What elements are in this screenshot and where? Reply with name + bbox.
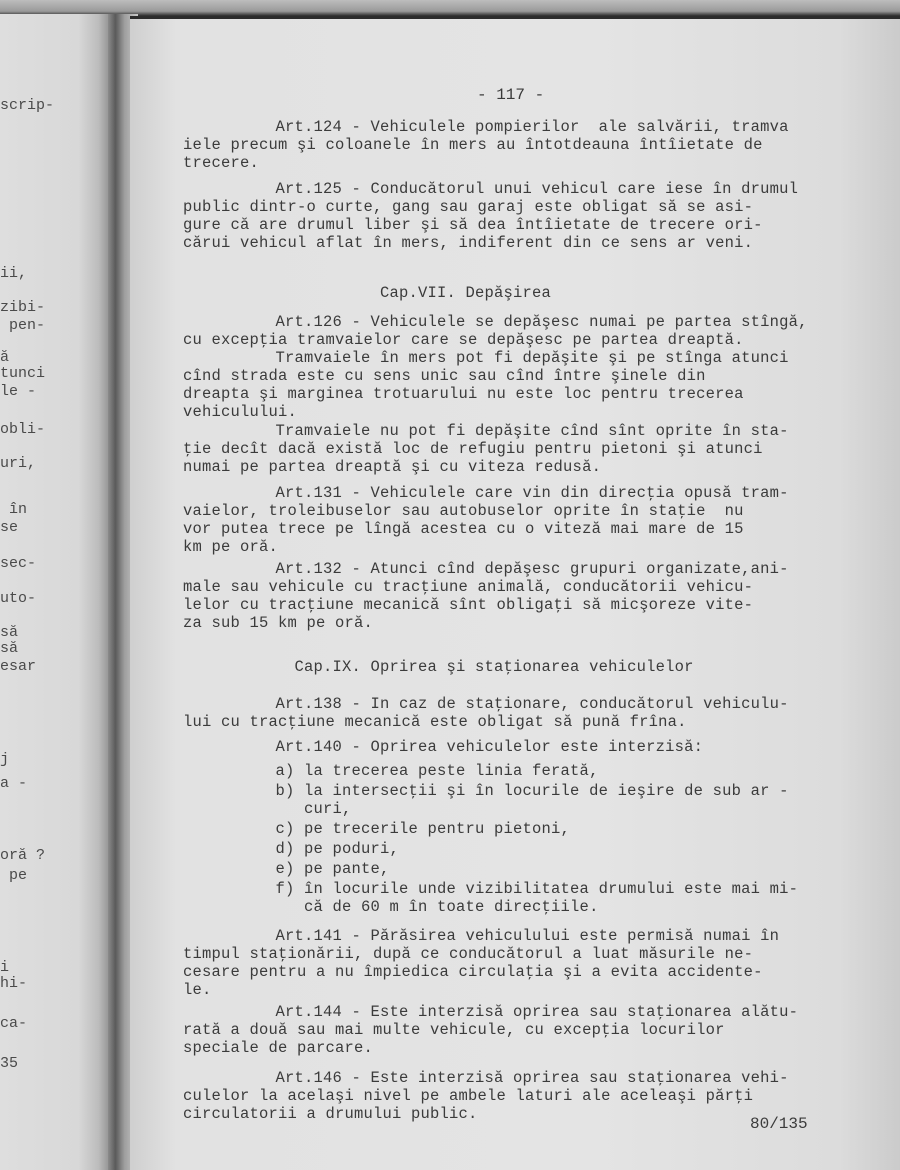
text-line: Art.132 - Atunci cînd depăşesc grupuri o… <box>190 560 789 578</box>
footer-page-counter: 80/135 <box>750 1115 808 1133</box>
text-line: a) la trecerea peste linia ferată, <box>190 762 599 780</box>
text-line: public dintr-o curte, gang sau garaj est… <box>183 198 753 216</box>
text-line: cărui vehicul aflat în mers, indiferent … <box>183 234 753 252</box>
text-line: Tramvaiele în mers pot fi depăşite şi pe… <box>190 349 789 367</box>
left-page-fragment: oră ? <box>0 848 45 864</box>
text-line: cesare pentru a nu împiedica circulaţia … <box>183 963 763 981</box>
left-page-fragment: hi- <box>0 976 27 992</box>
text-line: Art.125 - Conducătorul unui vehicul care… <box>190 180 798 198</box>
text-line: circulatorii a drumului public. <box>183 1105 478 1123</box>
text-line: vehiculului. <box>183 403 297 421</box>
text-line: iele precum şi coloanele în mers au înto… <box>183 136 763 154</box>
left-page-fragment: uto- <box>0 591 36 607</box>
text-line: Art.138 - In caz de staţionare, conducăt… <box>190 695 789 713</box>
text-line: f) în locurile unde vizibilitatea drumul… <box>190 880 798 898</box>
text-line: rată a două sau mai multe vehicule, cu e… <box>183 1021 725 1039</box>
text-line: ţie decît dacă există loc de refugiu pen… <box>183 440 763 458</box>
text-line: Art.124 - Vehiculele pompierilor ale sal… <box>190 118 789 136</box>
chapter-heading: Cap.VII. Depăşirea <box>190 284 551 302</box>
text-line: vor putea trece pe lîngă acestea cu o vi… <box>183 520 744 538</box>
text-line: za sub 15 km pe oră. <box>183 614 373 632</box>
text-line: lelor cu tracţiune mecanică sînt obligaţ… <box>183 596 753 614</box>
text-line: le. <box>183 981 212 999</box>
left-page-fragment: j <box>0 752 9 768</box>
text-line: gure că are drumul liber şi să dea întîi… <box>183 216 763 234</box>
left-page-fragment: să <box>0 641 18 657</box>
text-line: e) pe pante, <box>190 860 390 878</box>
left-page-fragment: sec- <box>0 556 36 572</box>
text-line: c) pe trecerile pentru pietoni, <box>190 820 570 838</box>
text-line: speciale de parcare. <box>183 1039 373 1057</box>
text-line: culelor la acelaşi nivel pe ambele latur… <box>183 1087 753 1105</box>
text-line: curi, <box>190 800 352 818</box>
left-page-fragment: pen- <box>0 318 45 334</box>
left-page-fragment: i <box>0 960 9 976</box>
left-page-fragment: ca- <box>0 1016 27 1032</box>
text-line: Art.126 - Vehiculele se depăşesc numai p… <box>190 313 808 331</box>
text-line: Art.131 - Vehiculele care vin din direcţ… <box>190 484 789 502</box>
text-line: cînd strada este cu sens unic sau cînd î… <box>183 367 706 385</box>
text-line: Tramvaiele nu pot fi depăşite cînd sînt … <box>190 422 789 440</box>
left-page-fragment: se <box>0 520 18 536</box>
page-number: - 117 - <box>477 86 544 104</box>
chapter-heading: Cap.IX. Oprirea şi staţionarea vehiculel… <box>190 658 694 676</box>
text-line: male sau vehicule cu tracţiune animală, … <box>183 578 753 596</box>
text-line: trecere. <box>183 154 259 172</box>
text-line: cu excepţia tramvaielor care se depăşesc… <box>183 331 744 349</box>
left-page-fragment: zibi- <box>0 300 45 316</box>
left-page-fragment: obli- <box>0 422 45 438</box>
text-line: km pe oră. <box>183 538 278 556</box>
left-page-fragment: ii, <box>0 266 27 282</box>
text-line: dreapta şi marginea trotuarului nu este … <box>183 385 744 403</box>
left-page-fragment: uri, <box>0 456 36 472</box>
left-page-fragment: 35 <box>0 1056 18 1072</box>
text-line: timpul staţionării, după ce conducătorul… <box>183 945 753 963</box>
left-page-fragment: a - <box>0 776 27 792</box>
text-line: numai pe partea dreaptă şi cu viteza red… <box>183 458 601 476</box>
text-line: Art.140 - Oprirea vehiculelor este inter… <box>190 738 703 756</box>
text-line: d) pe poduri, <box>190 840 399 858</box>
left-page-fragment: ă <box>0 350 9 366</box>
left-page-fragment: scrip- <box>0 98 54 114</box>
text-line: Art.146 - Este interzisă oprirea sau sta… <box>190 1069 789 1087</box>
text-line: b) la intersecţii şi în locurile de ieşi… <box>190 782 789 800</box>
left-page-fragment: pe <box>0 868 27 884</box>
left-page-fragment: tunci <box>0 366 45 382</box>
text-line: vaielor, troleibuselor sau autobuselor o… <box>183 502 744 520</box>
text-line: Art.144 - Este interzisă oprirea sau sta… <box>190 1003 798 1021</box>
left-page: scrip-ii,zibi- pen-ătuncile -obli-uri, î… <box>0 14 112 1170</box>
text-line: că de 60 m în toate direcţiile. <box>190 898 599 916</box>
left-page-fragment: le - <box>0 384 36 400</box>
text-line: lui cu tracţiune mecanică este obligat s… <box>183 713 687 731</box>
text-line: Art.141 - Părăsirea vehiculului este per… <box>190 927 779 945</box>
left-page-fragment: să <box>0 625 18 641</box>
left-page-fragment: esar <box>0 659 36 675</box>
left-page-fragment: în <box>0 502 27 518</box>
